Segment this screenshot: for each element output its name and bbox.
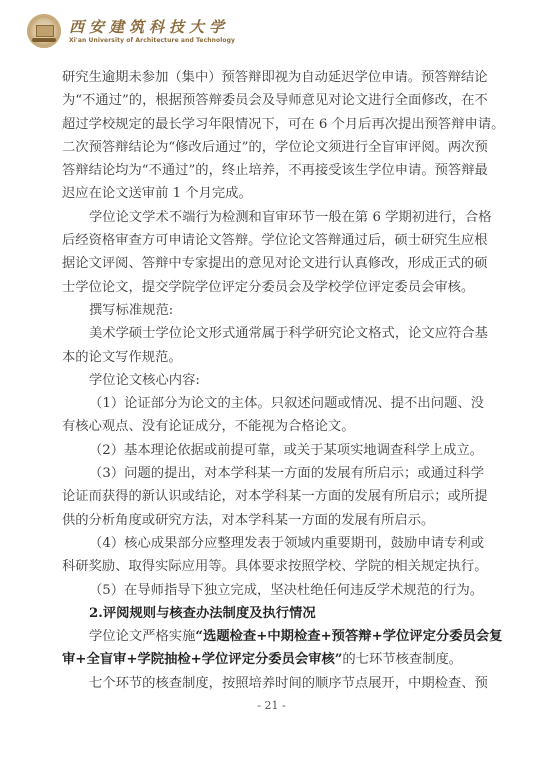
list-item-line: 有核心观点、没有论证成分，不能视为合格论文。: [62, 415, 484, 438]
list-item-line: （1）论证部分为论文的主体。只叙述问题或情况、提不出问题、没: [62, 392, 484, 415]
paragraph-line: 答辩结论均为“不通过”的，终止培养，不再接受该生学位申请。预答辩最: [62, 159, 484, 182]
list-item-line: 供的分析角度或研究方法，对本学科某一方面的发展有所启示。: [62, 509, 484, 532]
paragraph-line: 本的论文写作规范。: [62, 346, 484, 369]
section-heading: 2.评阅规则与核查办法制度及执行情况: [62, 602, 484, 625]
list-item-line: （5）在导师指导下独立完成，坚决杜绝任何违反学术规范的行为。: [62, 579, 484, 602]
plain-text: 的七环节核查制度。: [342, 652, 462, 667]
paragraph-line: 士学位论文，提交学院学位评定分委员会及学校学位评定委员会审核。: [62, 276, 484, 299]
document-body: 研究生逾期未参加（集中）预答辩即视为自动延迟学位申请。预答辩结论 为“不通过”的…: [62, 66, 484, 695]
paragraph-line: 学位论文严格实施“选题检查+中期检查+预答辩+学位评定分委员会复: [62, 625, 484, 648]
bold-text: 审+全盲审+学院抽检+学位评定分委员会审核”: [62, 652, 342, 667]
paragraph-line: 研究生逾期未参加（集中）预答辩即视为自动延迟学位申请。预答辩结论: [62, 66, 484, 89]
list-item-line: （2）基本理论依据或前提可靠，或关于某项实地调查科学上成立。: [62, 439, 484, 462]
list-item-line: 论证而获得的新认识或结论，对本学科某一方面的发展有所启示；或所提: [62, 485, 484, 508]
plain-text: 学位论文严格实施: [89, 629, 195, 644]
paragraph-line: 美术学硕士学位论文形式通常属于科学研究论文格式，论文应符合基: [62, 322, 484, 345]
paragraph-line: 据论文评阅、答辩中专家提出的意见对论文进行认真修改，形成正式的硕: [62, 252, 484, 275]
page-number: - 21 -: [0, 699, 543, 712]
university-seal-icon: [27, 14, 61, 48]
paragraph-line: 审+全盲审+学院抽检+学位评定分委员会审核”的七环节核查制度。: [62, 648, 484, 671]
section-label: 撰写标准规范:: [62, 299, 484, 322]
university-brand: 西安建筑科技大学 Xi'an University of Architectur…: [69, 18, 235, 45]
paragraph-line: 学位论文学术不端行为检测和盲审环节一般在第 6 学期初进行，合格: [62, 206, 484, 229]
paragraph-line: 超过学校规定的最长学习年限情况下，可在 6 个月后再次提出预答辩申请。: [62, 113, 484, 136]
university-name-en: Xi'an University of Architecture and Tec…: [69, 36, 235, 45]
list-item-line: （4）核心成果部分应整理发表于领域内重要期刊，鼓励申请专利或: [62, 532, 484, 555]
document-header: 西安建筑科技大学 Xi'an University of Architectur…: [27, 12, 235, 50]
list-item-line: （3）问题的提出，对本学科某一方面的发展有所启示；或通过科学: [62, 462, 484, 485]
paragraph-line: 后经资格审查方可申请论文答辩。学位论文答辩通过后，硕士研究生应根: [62, 229, 484, 252]
paragraph-line: 迟应在论文送审前 1 个月完成。: [62, 182, 484, 205]
paragraph-line: 二次预答辩结论为“修改后通过”的，学位论文须进行全盲审评阅。两次预: [62, 136, 484, 159]
list-item-line: 科研奖励、取得实际应用等。具体要求按照学校、学院的相关规定执行。: [62, 555, 484, 578]
paragraph-line: 为“不通过”的，根据预答辩委员会及导师意见对论文进行全面修改，在不: [62, 89, 484, 112]
bold-text: “选题检查+中期检查+预答辩+学位评定分委员会复: [195, 629, 502, 644]
university-name-cn: 西安建筑科技大学: [69, 18, 235, 36]
section-label: 学位论文核心内容:: [62, 369, 484, 392]
paragraph-line: 七个环节的核查制度，按照培养时间的顺序节点展开，中期检查、预: [62, 672, 484, 695]
